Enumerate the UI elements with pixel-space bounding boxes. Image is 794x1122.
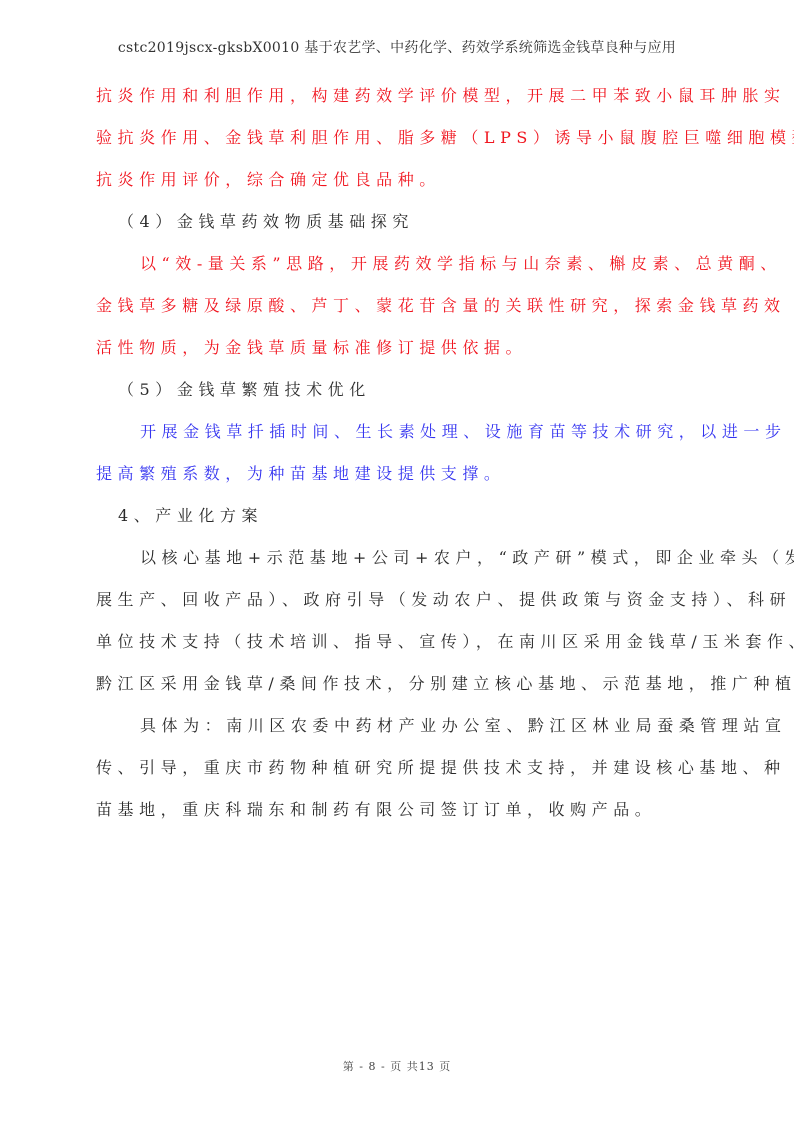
paragraph-line: 金钱草多糖及绿原酸、芦丁、蒙花苷含量的关联性研究，探索金钱草药效 bbox=[96, 292, 706, 334]
paragraph-line: 黔江区采用金钱草/桑间作技术，分别建立核心基地、示范基地，推广种植。 bbox=[96, 670, 706, 712]
paragraph-line: 传、引导，重庆市药物种植研究所提提供技术支持，并建设核心基地、种 bbox=[96, 754, 706, 796]
paragraph-line: 提高繁殖系数，为种苗基地建设提供支撑。 bbox=[96, 460, 706, 502]
paragraph-line: 抗炎作用评价，综合确定优良品种。 bbox=[96, 166, 706, 208]
paragraph-line: 具体为：南川区农委中药材产业办公室、黔江区林业局蚕桑管理站宣 bbox=[96, 712, 706, 754]
paragraph-line: 活性物质，为金钱草质量标准修订提供依据。 bbox=[96, 334, 706, 376]
section-heading-industrialization: 4、产业化方案 bbox=[96, 502, 706, 544]
paragraph-line: 苗基地，重庆科瑞东和制药有限公司签订订单，收购产品。 bbox=[96, 796, 706, 838]
page-number-footer: 第 - 8 - 页 共13 页 bbox=[0, 1058, 794, 1074]
paragraph-line: 验抗炎作用、金钱草利胆作用、脂多糖（LPS）诱导小鼠腹腔巨噬细胞模型 bbox=[96, 124, 706, 166]
paragraph-line: 单位技术支持（技术培训、指导、宣传），在南川区采用金钱草/玉米套作、 bbox=[96, 628, 706, 670]
paragraph-line: 开展金钱草扦插时间、生长素处理、设施育苗等技术研究，以进一步 bbox=[96, 418, 706, 460]
document-body: 抗炎作用和利胆作用，构建药效学评价模型，开展二甲苯致小鼠耳肿胀实 验抗炎作用、金… bbox=[96, 82, 706, 838]
paragraph-line: 以“效-量关系”思路，开展药效学指标与山奈素、槲皮素、总黄酮、 bbox=[96, 250, 706, 292]
page-header: cstc2019jscx-gksbX0010 基于农艺学、中药化学、药效学系统筛… bbox=[0, 37, 794, 57]
paragraph-line: 以核心基地+示范基地+公司+农户，“政产研”模式，即企业牵头（发 bbox=[96, 544, 706, 586]
section-heading-4: （4）金钱草药效物质基础探究 bbox=[96, 208, 706, 250]
paragraph-line: 展生产、回收产品）、政府引导（发动农户、提供政策与资金支持）、科研 bbox=[96, 586, 706, 628]
section-heading-5: （5）金钱草繁殖技术优化 bbox=[96, 376, 706, 418]
paragraph-line: 抗炎作用和利胆作用，构建药效学评价模型，开展二甲苯致小鼠耳肿胀实 bbox=[96, 82, 706, 124]
